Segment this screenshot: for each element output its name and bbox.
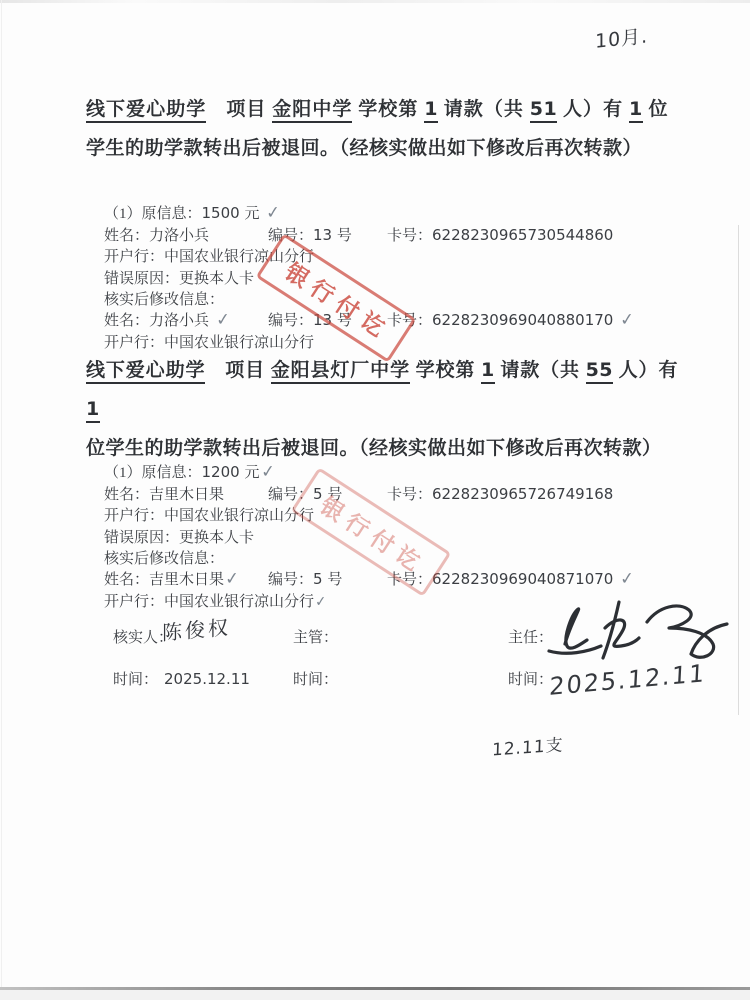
card-label: 卡号： [387, 228, 432, 244]
scan-edge-bottom-shadow [0, 990, 750, 1000]
project-type: 线下爱心助学 [86, 99, 206, 123]
scan-edge-left [1, 0, 2, 1000]
time-label: 时间： [508, 672, 553, 688]
section1-revised-row: 姓名：力洛小兵✓ 编号：13 号 卡号：6228230969040880170✓ [104, 309, 749, 330]
section2-heading: 线下爱心助学 项目 金阳县灯厂中学 学校第 1 请款（共 55 人）有 1 位学… [86, 351, 678, 468]
name-label: 姓名： [104, 228, 149, 244]
verifier-time-value: 2025.12.11 [164, 670, 250, 688]
section2-original-amount-line: （1）原信息：1200 元✓ [104, 461, 749, 482]
card-number: 6228230969040871070 [432, 570, 613, 588]
card-label: 卡号： [387, 487, 432, 503]
card-number: 6228230969040880170 [432, 311, 613, 329]
check-mark: ✓ [314, 594, 327, 611]
time-label: 时间： [113, 672, 158, 688]
original-amount: 1200 元 [202, 463, 260, 481]
name-label: 姓名： [104, 572, 149, 588]
section1-original-amount-line: （1）原信息：1500 元✓ [104, 202, 749, 223]
name-label: 姓名： [104, 313, 149, 329]
check-mark: ✓ [619, 568, 635, 589]
verifier-signature: 陈俊权 [162, 611, 231, 646]
check-mark: ✓ [215, 309, 231, 330]
check-mark: ✓ [266, 202, 282, 223]
section1-error-line: 错误原因：更换本人卡 [104, 267, 749, 288]
check-mark: ✓ [224, 568, 240, 589]
section1-heading: 线下爱心助学 项目 金阳中学 学校第 1 请款（共 51 人）有 1 位学生的助… [86, 90, 668, 168]
section1-revised-heading: 核实后修改信息： [104, 288, 749, 309]
section2-original-row: 姓名：吉里木日果 编号：5 号 卡号：6228230965726749168 [104, 483, 749, 504]
student-no: 13 号 [313, 226, 352, 244]
school-name: 金阳县灯厂中学 [271, 360, 410, 384]
project-type: 线下爱心助学 [86, 360, 205, 384]
returned-count: 1 [629, 98, 643, 123]
request-number: 1 [481, 359, 495, 384]
student-name: 吉里木日果 [149, 487, 224, 503]
scan-edge-top [0, 0, 750, 3]
no-label: 编号： [268, 572, 313, 588]
section1-revised-bank-line: 开户行：中国农业银行凉山分行 [104, 331, 749, 352]
student-count: 51 [530, 98, 557, 123]
scanned-document-page: 10月. 线下爱心助学 项目 金阳中学 学校第 1 请款（共 51 人）有 1 … [0, 0, 750, 1000]
student-name: 力洛小兵 [149, 313, 209, 329]
original-info-label: （1）原信息： [104, 206, 202, 222]
section1-original-row: 姓名：力洛小兵 编号：13 号 卡号：6228230965730544860 [104, 224, 749, 245]
card-number: 6228230965730544860 [432, 226, 613, 244]
section1-original-bank-line: 开户行：中国农业银行凉山分行 [104, 245, 749, 266]
returned-count: 1 [86, 398, 100, 423]
school-name: 金阳中学 [272, 99, 352, 123]
student-count: 55 [586, 359, 613, 384]
card-number: 6228230965726749168 [432, 485, 613, 503]
student-name: 力洛小兵 [149, 228, 209, 244]
original-amount: 1500 元 [202, 204, 260, 222]
section2-original-bank-line: 开户行：中国农业银行凉山分行 [104, 504, 749, 525]
original-info-label: （1）原信息： [104, 465, 202, 481]
request-number: 1 [424, 98, 438, 123]
no-label: 编号： [268, 313, 313, 329]
handwritten-month-note: 10月. [595, 21, 648, 54]
student-name: 吉里木日果 [149, 572, 224, 588]
student-no: 5 号 [313, 570, 342, 588]
name-label: 姓名： [104, 487, 149, 503]
time-label: 时间： [293, 672, 338, 688]
handwritten-payment-note: 12.11支 [492, 730, 564, 760]
check-mark: ✓ [261, 461, 277, 482]
check-mark: ✓ [619, 309, 635, 330]
